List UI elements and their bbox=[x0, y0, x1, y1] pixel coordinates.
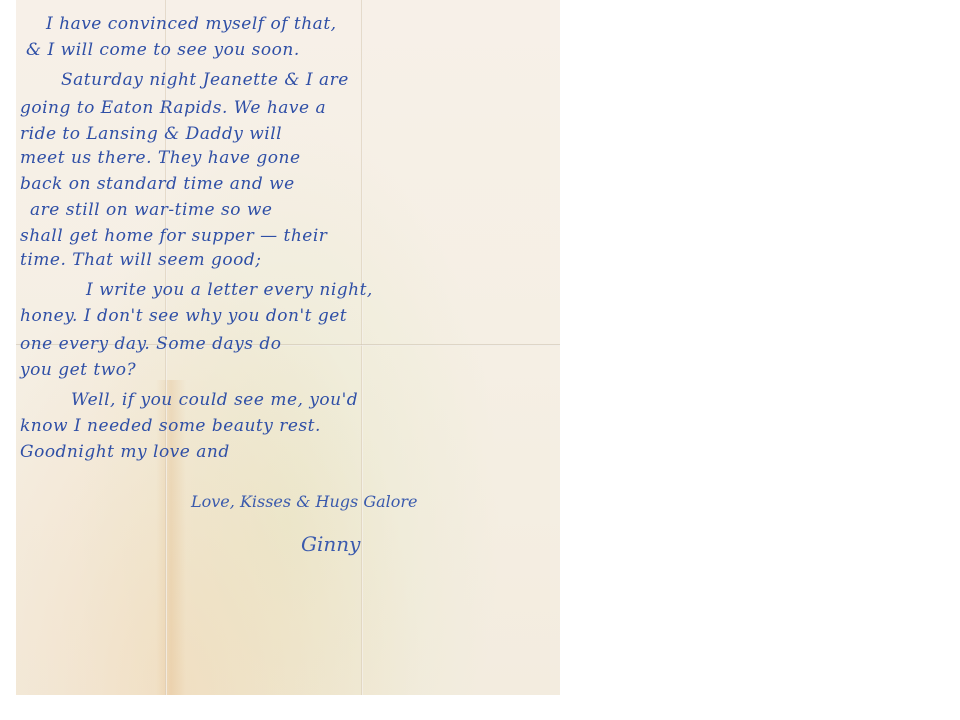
letter-line: going to Eaton Rapids. We have a bbox=[20, 98, 326, 118]
letter-line: shall get home for supper — their bbox=[20, 226, 327, 246]
letter-line: ride to Lansing & Daddy will bbox=[20, 124, 282, 144]
letter-line: Saturday night Jeanette & I are bbox=[61, 70, 349, 90]
letter-closing: Love, Kisses & Hugs Galore bbox=[191, 492, 418, 511]
letter-line: Goodnight my love and bbox=[20, 442, 230, 462]
letter-signature: Ginny bbox=[301, 532, 360, 556]
letter-line: Well, if you could see me, you'd bbox=[71, 390, 358, 410]
letter-line: are still on war-time so we bbox=[30, 200, 272, 220]
letter-line: know I needed some beauty rest. bbox=[20, 416, 321, 436]
letter-line: honey. I don't see why you don't get bbox=[20, 306, 347, 326]
letter-line: & I will come to see you soon. bbox=[26, 40, 300, 60]
letter-line: you get two? bbox=[20, 360, 136, 380]
letter-line: I have convinced myself of that, bbox=[46, 14, 337, 34]
fold-crease-right bbox=[361, 0, 363, 695]
letter-line: time. That will seem good; bbox=[20, 250, 262, 270]
letter-page: I have convinced myself of that, & I wil… bbox=[16, 0, 560, 695]
letter-line: back on standard time and we bbox=[20, 174, 295, 194]
letter-line: one every day. Some days do bbox=[20, 334, 282, 354]
letter-line: meet us there. They have gone bbox=[20, 148, 301, 168]
letter-line: I write you a letter every night, bbox=[86, 280, 373, 300]
